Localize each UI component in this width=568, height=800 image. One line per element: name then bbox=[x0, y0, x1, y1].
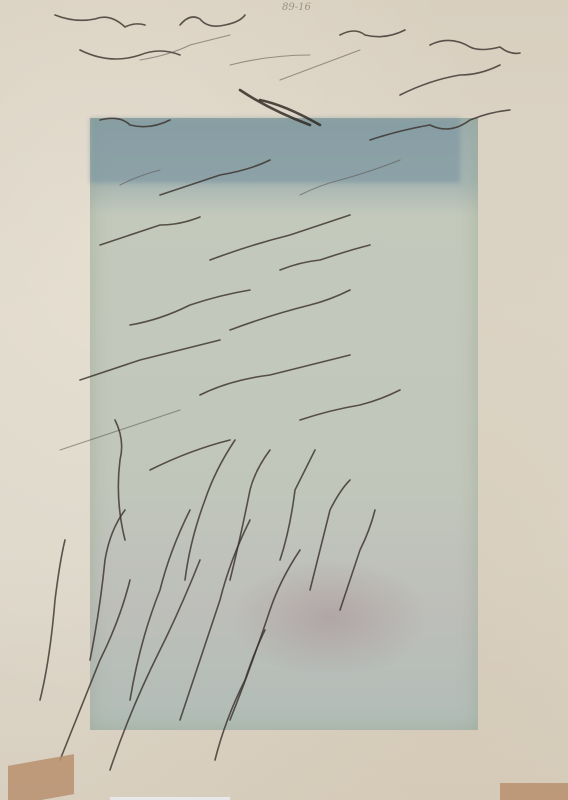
manuscript-page: 89-16 bbox=[0, 0, 568, 800]
tape-corner-right bbox=[500, 783, 568, 800]
handwritten-script-layer bbox=[0, 0, 568, 800]
